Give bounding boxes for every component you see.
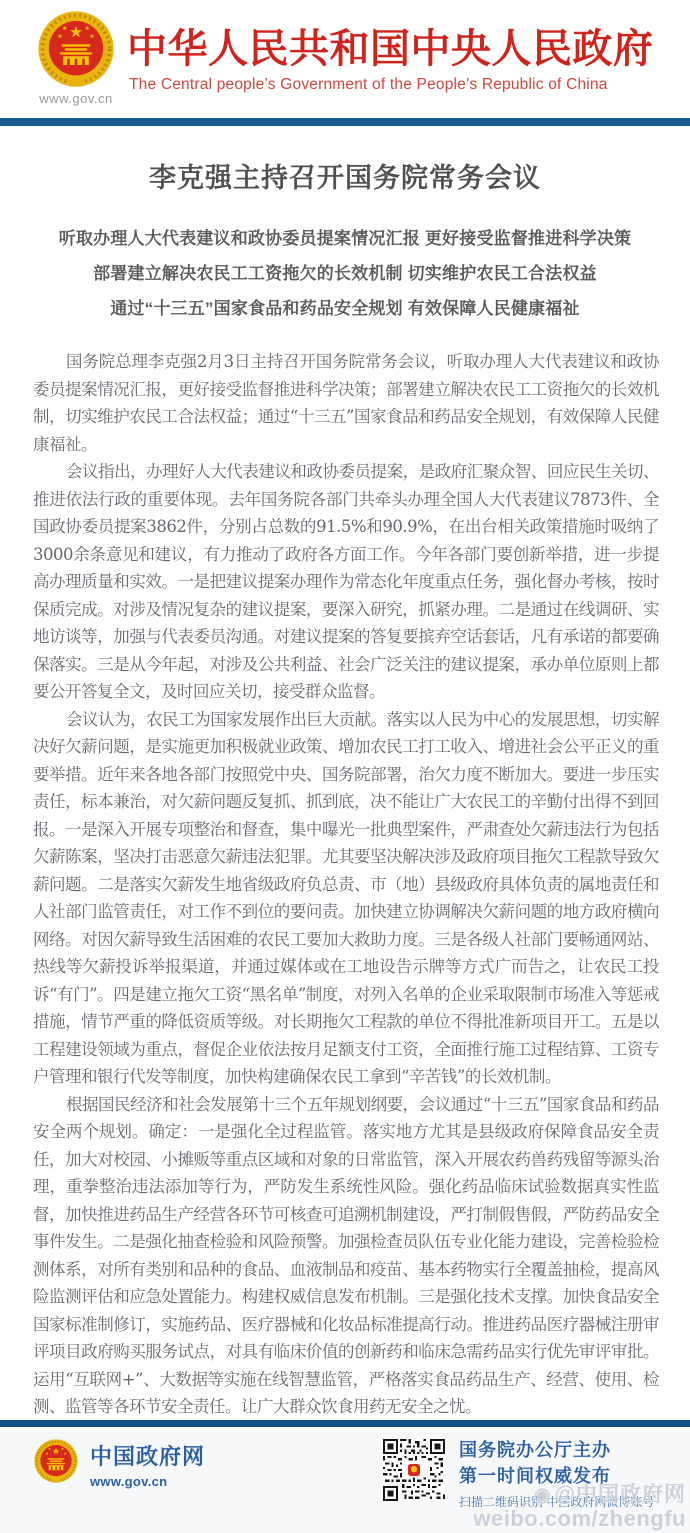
- article-subtitle-line-1: 听取办理人大代表建议和政协委员提案情况汇报 更好接受监督推进科学决策: [0, 221, 690, 256]
- qr-caption: 扫描二维码识别 中国政府网微博账号: [459, 1493, 654, 1510]
- header-divider: [0, 118, 690, 126]
- national-emblem-icon: [36, 9, 116, 89]
- national-emblem-icon: [33, 1438, 79, 1484]
- header-site-url[interactable]: www.gov.cn: [26, 91, 126, 106]
- page: www.gov.cn 中华人民共和国中央人民政府 The Central peo…: [0, 0, 690, 1533]
- qr-code-icon: [383, 1439, 445, 1501]
- page-footer: 中国政府网 www.gov.cn: [0, 1420, 690, 1533]
- footer-site-name[interactable]: 中国政府网: [90, 1440, 205, 1471]
- article-paragraph-2: 会议指出，办理好人大代表建议和政协委员提案，是政府汇聚众智、回应民生关切、推进依…: [33, 458, 659, 706]
- article-subtitle-line-2: 部署建立解决农民工工资拖欠的长效机制 切实维护农民工合法权益: [0, 256, 690, 291]
- article-paragraph-4: 根据国民经济和社会发展第十三个五年规划纲要，会议通过“十三五”国家食品和药品安全…: [33, 1091, 659, 1421]
- article-title: 李克强主持召开国务院常务会议: [0, 156, 690, 195]
- site-header: www.gov.cn 中华人民共和国中央人民政府 The Central peo…: [0, 0, 690, 118]
- footer-logo[interactable]: 中国政府网 www.gov.cn: [33, 1438, 205, 1489]
- footer-host-line2: 第一时间权威发布: [459, 1463, 611, 1489]
- site-subtitle-en: The Central people’s Government of the P…: [129, 76, 608, 94]
- weibo-url-watermark: weibo.com/zhengfu: [473, 1507, 686, 1531]
- footer-logo-text: 中国政府网 www.gov.cn: [90, 1438, 205, 1489]
- article-subtitle-line-3: 通过“十三五”国家食品和药品安全规划 有效保障人民健康福祉: [0, 291, 690, 326]
- article-paragraph-3: 会议认为，农民工为国家发展作出巨大贡献。落实以人民为中心的发展思想，切实解决好欠…: [33, 706, 659, 1091]
- article: 李克强主持召开国务院常务会议 听取办理人大代表建议和政协委员提案情况汇报 更好接…: [0, 126, 690, 1421]
- article-subtitles: 听取办理人大代表建议和政协委员提案情况汇报 更好接受监督推进科学决策 部署建立解…: [0, 221, 690, 326]
- footer-site-url[interactable]: www.gov.cn: [90, 1474, 205, 1489]
- footer-host-text: 国务院办公厅主办 第一时间权威发布: [459, 1437, 611, 1489]
- footer-host-line1: 国务院办公厅主办: [459, 1437, 611, 1463]
- article-paragraph-1: 国务院总理李克强2月3日主持召开国务院常务会议，听取办理人大代表建议和政协委员提…: [33, 348, 659, 458]
- article-body: 国务院总理李克强2月3日主持召开国务院常务会议，听取办理人大代表建议和政协委员提…: [33, 348, 659, 1421]
- site-title[interactable]: 中华人民共和国中央人民政府: [127, 17, 654, 74]
